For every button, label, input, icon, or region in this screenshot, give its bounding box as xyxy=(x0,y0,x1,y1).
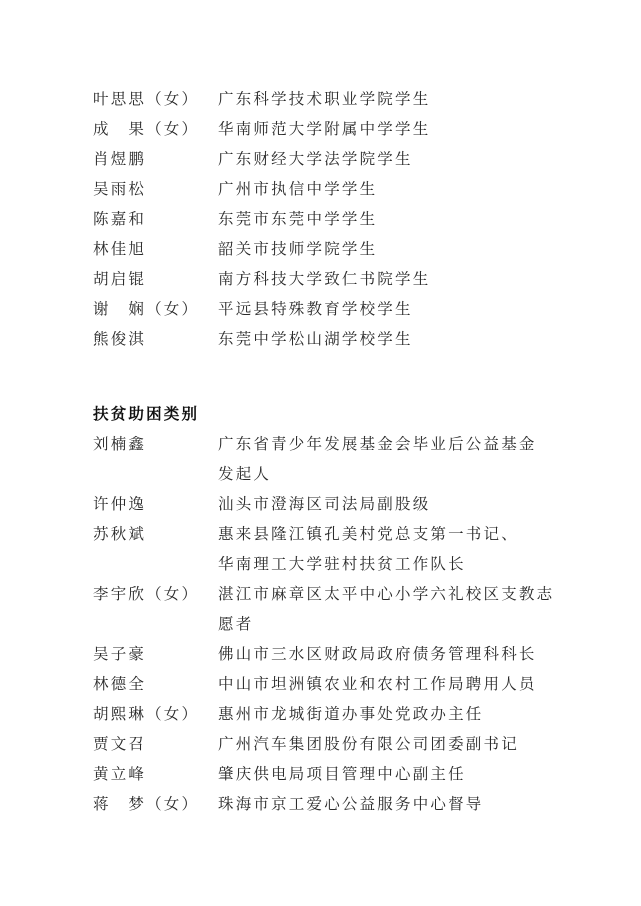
person-name: 刘楠鑫 xyxy=(93,429,218,459)
affiliation-line: 东莞市东莞中学学生 xyxy=(218,204,563,234)
affiliation-line: 广东科学技术职业学院学生 xyxy=(218,84,563,114)
person-name: 叶思思（女） xyxy=(93,84,218,114)
person-name: 黄立峰 xyxy=(93,759,218,789)
person-name: 胡启锟 xyxy=(93,264,218,294)
list-item: 蒋 梦（女） 珠海市京工爱心公益服务中心督导 xyxy=(93,789,563,819)
person-name: 成 果（女） xyxy=(93,114,218,144)
affiliation-line: 惠州市龙城街道办事处党政办主任 xyxy=(218,699,563,729)
person-name: 苏秋斌 xyxy=(93,519,218,549)
person-affiliation: 湛江市麻章区太平中心小学六礼校区支教志 愿者 xyxy=(218,579,563,639)
list-item: 苏秋斌 惠来县隆江镇孔美村党总支第一书记、 华南理工大学驻村扶贫工作队长 xyxy=(93,519,563,579)
affiliation-line: 发起人 xyxy=(218,459,563,489)
person-name: 吴雨松 xyxy=(93,174,218,204)
affiliation-line: 湛江市麻章区太平中心小学六礼校区支教志 xyxy=(218,579,563,609)
list-item: 吴雨松 广州市执信中学学生 xyxy=(93,174,563,204)
person-name: 胡熙琳（女） xyxy=(93,699,218,729)
affiliation-line: 汕头市澄海区司法局副股级 xyxy=(218,489,563,519)
person-affiliation: 广州市执信中学学生 xyxy=(218,174,563,204)
person-affiliation: 平远县特殊教育学校学生 xyxy=(218,294,563,324)
person-affiliation: 华南师范大学附属中学学生 xyxy=(218,114,563,144)
honoree-list-section-2: 扶贫助困类别 刘楠鑫 广东省青少年发展基金会毕业后公益基金 发起人 许仲逸 汕头… xyxy=(93,399,563,819)
affiliation-line: 愿者 xyxy=(218,609,563,639)
person-affiliation: 广东省青少年发展基金会毕业后公益基金 发起人 xyxy=(218,429,563,489)
person-name: 林德全 xyxy=(93,669,218,699)
person-affiliation: 汕头市澄海区司法局副股级 xyxy=(218,489,563,519)
document-page: 叶思思（女） 广东科学技术职业学院学生 成 果（女） 华南师范大学附属中学学生 … xyxy=(93,84,563,819)
person-name: 熊俊淇 xyxy=(93,324,218,354)
person-affiliation: 广州汽车集团股份有限公司团委副书记 xyxy=(218,729,563,759)
list-item: 林佳旭 韶关市技师学院学生 xyxy=(93,234,563,264)
affiliation-line: 惠来县隆江镇孔美村党总支第一书记、 xyxy=(218,519,563,549)
list-item: 林德全 中山市坦洲镇农业和农村工作局聘用人员 xyxy=(93,669,563,699)
affiliation-line: 韶关市技师学院学生 xyxy=(218,234,563,264)
list-item: 叶思思（女） 广东科学技术职业学院学生 xyxy=(93,84,563,114)
list-item: 黄立峰 肇庆供电局项目管理中心副主任 xyxy=(93,759,563,789)
person-affiliation: 广东财经大学法学院学生 xyxy=(218,144,563,174)
person-name: 陈嘉和 xyxy=(93,204,218,234)
person-affiliation: 佛山市三水区财政局政府债务管理科科长 xyxy=(218,639,563,669)
person-name: 肖煜鹏 xyxy=(93,144,218,174)
person-name: 吴子豪 xyxy=(93,639,218,669)
list-item: 成 果（女） 华南师范大学附属中学学生 xyxy=(93,114,563,144)
affiliation-line: 珠海市京工爱心公益服务中心督导 xyxy=(218,789,563,819)
person-affiliation: 韶关市技师学院学生 xyxy=(218,234,563,264)
affiliation-line: 平远县特殊教育学校学生 xyxy=(218,294,563,324)
person-name: 贾文召 xyxy=(93,729,218,759)
affiliation-line: 佛山市三水区财政局政府债务管理科科长 xyxy=(218,639,563,669)
person-affiliation: 东莞中学松山湖学校学生 xyxy=(218,324,563,354)
person-affiliation: 惠州市龙城街道办事处党政办主任 xyxy=(218,699,563,729)
person-name: 蒋 梦（女） xyxy=(93,789,218,819)
list-item: 贾文召 广州汽车集团股份有限公司团委副书记 xyxy=(93,729,563,759)
affiliation-line: 南方科技大学致仁书院学生 xyxy=(218,264,563,294)
person-affiliation: 肇庆供电局项目管理中心副主任 xyxy=(218,759,563,789)
list-item: 许仲逸 汕头市澄海区司法局副股级 xyxy=(93,489,563,519)
list-item: 吴子豪 佛山市三水区财政局政府债务管理科科长 xyxy=(93,639,563,669)
affiliation-line: 东莞中学松山湖学校学生 xyxy=(218,324,563,354)
affiliation-line: 中山市坦洲镇农业和农村工作局聘用人员 xyxy=(218,669,563,699)
affiliation-line: 广东财经大学法学院学生 xyxy=(218,144,563,174)
person-affiliation: 珠海市京工爱心公益服务中心督导 xyxy=(218,789,563,819)
person-affiliation: 东莞市东莞中学学生 xyxy=(218,204,563,234)
person-name: 李宇欣（女） xyxy=(93,579,218,609)
list-item: 胡启锟 南方科技大学致仁书院学生 xyxy=(93,264,563,294)
person-name: 林佳旭 xyxy=(93,234,218,264)
honoree-list-section-1: 叶思思（女） 广东科学技术职业学院学生 成 果（女） 华南师范大学附属中学学生 … xyxy=(93,84,563,354)
person-affiliation: 南方科技大学致仁书院学生 xyxy=(218,264,563,294)
affiliation-line: 广州市执信中学学生 xyxy=(218,174,563,204)
list-item: 熊俊淇 东莞中学松山湖学校学生 xyxy=(93,324,563,354)
person-affiliation: 中山市坦洲镇农业和农村工作局聘用人员 xyxy=(218,669,563,699)
affiliation-line: 华南理工大学驻村扶贫工作队长 xyxy=(218,549,563,579)
list-item: 谢 娴（女） 平远县特殊教育学校学生 xyxy=(93,294,563,324)
affiliation-line: 广东省青少年发展基金会毕业后公益基金 xyxy=(218,429,563,459)
person-name: 许仲逸 xyxy=(93,489,218,519)
list-item: 胡熙琳（女） 惠州市龙城街道办事处党政办主任 xyxy=(93,699,563,729)
list-item: 李宇欣（女） 湛江市麻章区太平中心小学六礼校区支教志 愿者 xyxy=(93,579,563,639)
person-name: 谢 娴（女） xyxy=(93,294,218,324)
list-item: 刘楠鑫 广东省青少年发展基金会毕业后公益基金 发起人 xyxy=(93,429,563,489)
section-gap xyxy=(93,354,563,384)
section-heading: 扶贫助困类别 xyxy=(93,399,563,429)
affiliation-line: 肇庆供电局项目管理中心副主任 xyxy=(218,759,563,789)
list-item: 陈嘉和 东莞市东莞中学学生 xyxy=(93,204,563,234)
list-item: 肖煜鹏 广东财经大学法学院学生 xyxy=(93,144,563,174)
affiliation-line: 华南师范大学附属中学学生 xyxy=(218,114,563,144)
person-affiliation: 惠来县隆江镇孔美村党总支第一书记、 华南理工大学驻村扶贫工作队长 xyxy=(218,519,563,579)
affiliation-line: 广州汽车集团股份有限公司团委副书记 xyxy=(218,729,563,759)
person-affiliation: 广东科学技术职业学院学生 xyxy=(218,84,563,114)
